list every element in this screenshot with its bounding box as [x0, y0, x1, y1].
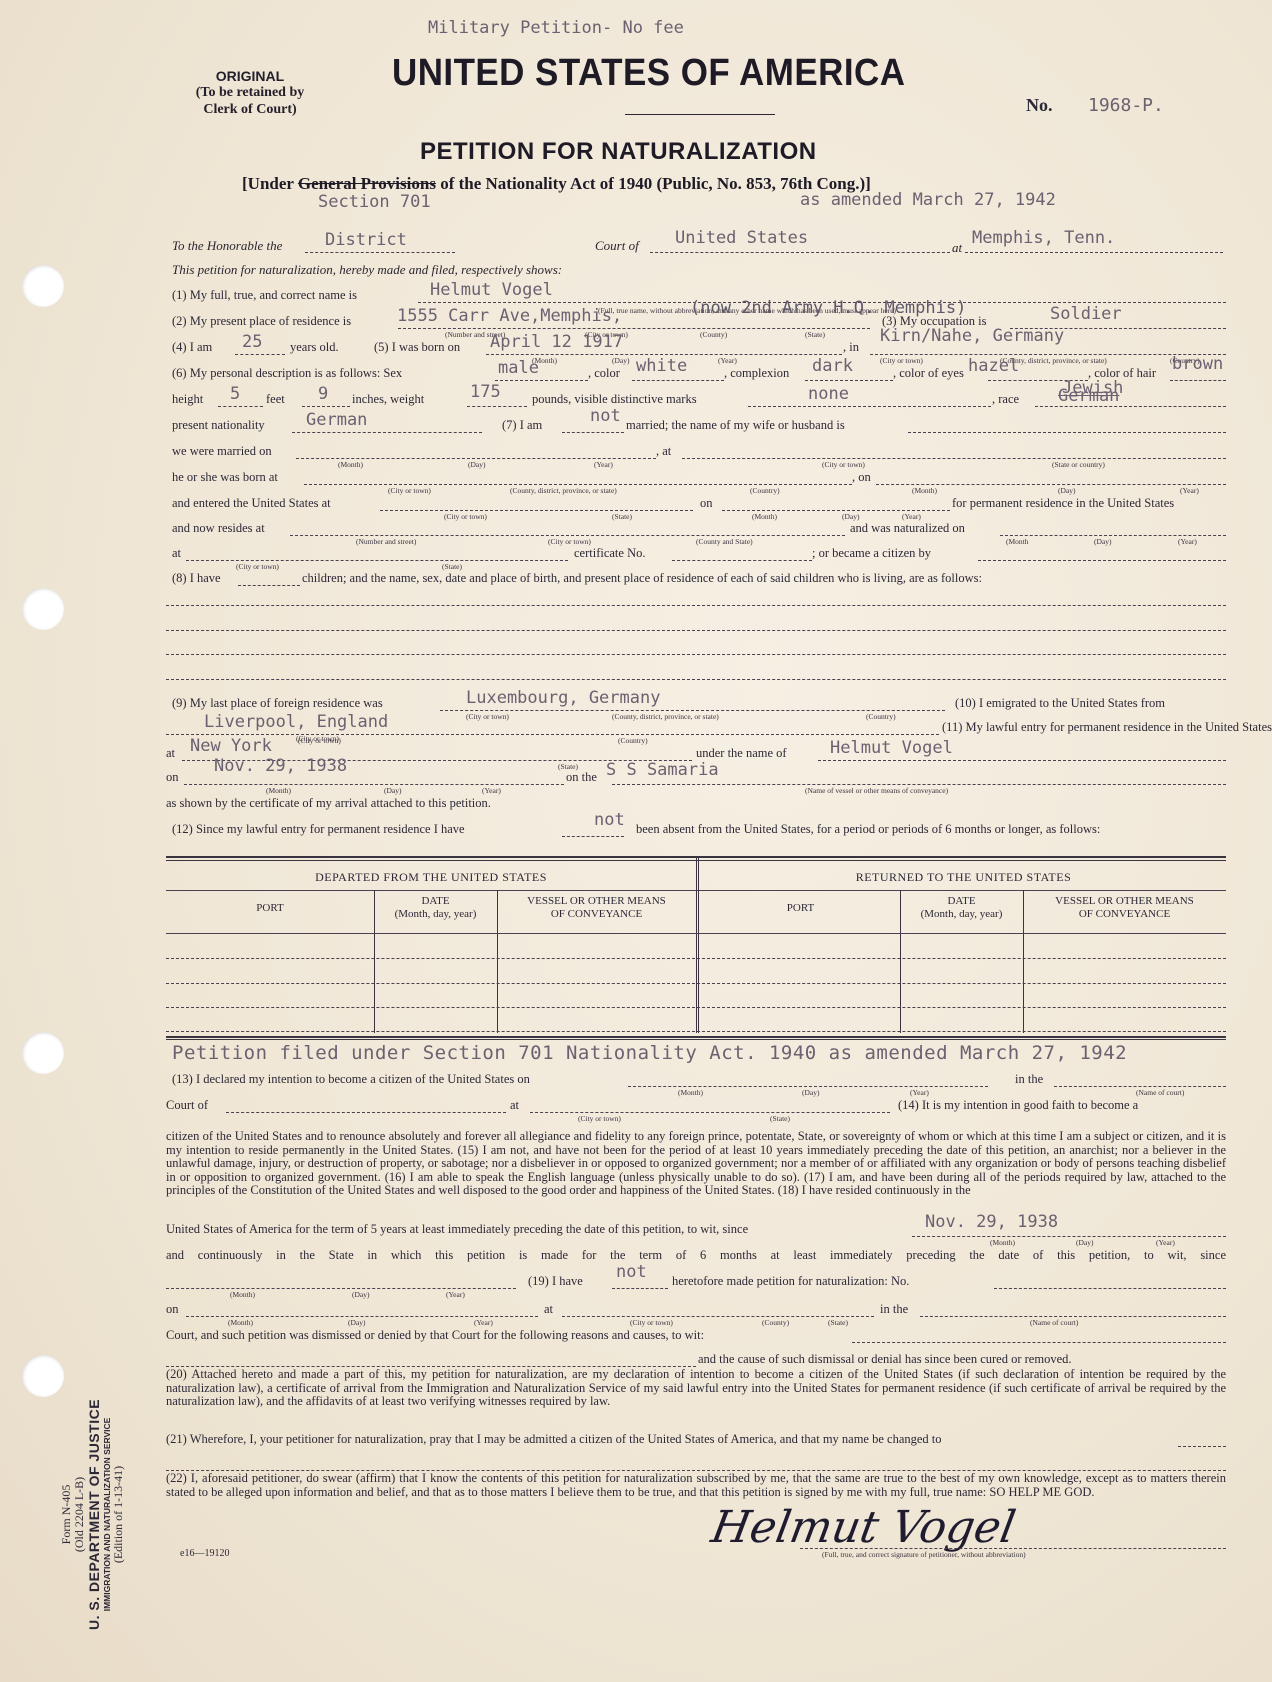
q20-paragraph: (20) Attached hereto and made a part of …	[166, 1368, 1226, 1412]
struck-provisions: General Provisions	[298, 174, 436, 193]
original-label: ORIGINAL	[170, 68, 330, 84]
birth-date-field[interactable]: April 12 1917	[490, 332, 623, 352]
dismissed-label: Court, and such petition was dismissed o…	[166, 1328, 704, 1343]
hint: (Number and street)	[356, 537, 416, 546]
hint: (Name of court)	[1136, 1088, 1184, 1097]
edition-label: (Edition of 1-13-41)	[112, 1399, 125, 1630]
hint: (County)	[700, 330, 727, 339]
entered-suffix: for permanent residence in the United St…	[952, 496, 1174, 511]
table-row[interactable]	[166, 1007, 1226, 1008]
petitioner-signature: Helmut Vogel	[708, 1502, 1020, 1553]
q8-label: (8) I have	[172, 571, 221, 586]
hint: (Month)	[912, 486, 937, 495]
hint: (Year)	[1178, 537, 1197, 546]
spouse-on-label: , on	[852, 470, 871, 485]
hint: (Country)	[618, 736, 648, 745]
hint: (City or town)	[466, 712, 509, 721]
honorable-label: To the Honorable the	[172, 238, 282, 254]
departed-title: DEPARTED FROM THE UNITED STATES	[166, 870, 696, 885]
hint: (Month	[1006, 537, 1029, 546]
col-date-returned: DATE (Month, day, year)	[900, 895, 1023, 921]
eyes-field[interactable]: hazel	[968, 356, 1019, 376]
court-of-label-2: Court of	[166, 1098, 208, 1113]
q6-label: (6) My personal description is as follow…	[172, 366, 402, 381]
department-name: U. S. DEPARTMENT OF JUSTICE	[86, 1399, 102, 1630]
hint: (County and State)	[696, 537, 753, 546]
hint: (Day)	[384, 786, 402, 795]
certificate-label: certificate No.	[574, 546, 645, 561]
hint: (City or town)	[630, 1318, 673, 1327]
q9-label: (9) My last place of foreign residence w…	[172, 696, 383, 711]
hint: (County, district, province, or state)	[612, 712, 719, 721]
hint: (State)	[805, 330, 825, 339]
naturalized-label: and was naturalized on	[850, 521, 965, 536]
entry-name-field[interactable]: Helmut Vogel	[830, 738, 953, 758]
form-identification: Form N-405 (Old 2204 L-B) U. S. DEPARTME…	[60, 1399, 125, 1630]
petition-intro: This petition for naturalization, hereby…	[172, 262, 562, 278]
hint: (City or town)	[388, 486, 431, 495]
q2-label: (2) My present place of residence is	[172, 314, 351, 329]
retained-line-2: Clerk of Court)	[170, 101, 330, 118]
hint: (State)	[612, 512, 632, 521]
in-label: , in	[843, 340, 859, 355]
q19-on-label: on	[166, 1302, 179, 1317]
q22-paragraph: (22) I, aforesaid petitioner, do swear (…	[166, 1472, 1226, 1516]
q12-label: (12) Since my lawful entry for permanent…	[172, 822, 465, 837]
complexion-label: , complexion	[724, 366, 789, 381]
married-field[interactable]: not	[590, 406, 621, 426]
hint: (City or town)	[548, 537, 591, 546]
married-at-label: , at	[656, 444, 671, 459]
entry-port-field[interactable]: New York	[190, 736, 272, 756]
hint: (Day)	[802, 1088, 820, 1097]
at-label: at	[172, 546, 181, 561]
cured-label: and the cause of such dismissal or denia…	[698, 1352, 1072, 1367]
hint: (Month)	[990, 1238, 1015, 1247]
petition-number: 1968-P.	[1088, 95, 1164, 116]
hint: (County)	[762, 1318, 789, 1327]
table-bottom-rule	[166, 1036, 1226, 1040]
table-row[interactable]	[166, 983, 1226, 984]
foreign-residence-field[interactable]: Luxembourg, Germany	[466, 688, 660, 708]
residence-field[interactable]: 1555 Carr Ave,Memphis,	[397, 306, 622, 326]
hint: (State)	[828, 1318, 848, 1327]
weight-field[interactable]: 175	[470, 382, 501, 402]
returned-title: RETURNED TO THE UNITED STATES	[701, 870, 1226, 885]
entry-at-label: at	[166, 746, 175, 761]
q13-label: (13) I declared my intention to become a…	[172, 1072, 530, 1087]
q7-label: (7) I am	[502, 418, 542, 433]
hint: (Year)	[474, 1318, 493, 1327]
vessel-field[interactable]: S S Samaria	[606, 760, 719, 780]
marks-label: pounds, visible distinctive marks	[532, 392, 697, 407]
header-rule	[625, 114, 775, 115]
hint: (Day)	[1076, 1238, 1094, 1247]
q19-suffix: heretofore made petition for naturalizat…	[672, 1274, 909, 1289]
original-block: ORIGINAL (To be retained by Clerk of Cou…	[170, 68, 330, 118]
entered-label: and entered the United States at	[172, 496, 331, 511]
race-label: , race	[992, 392, 1019, 407]
q11-label: (11) My lawful entry for permanent resid…	[942, 720, 1272, 735]
hint: (Year)	[1156, 1238, 1175, 1247]
hint: (Month)	[230, 1290, 255, 1299]
entered-on-label: on	[700, 496, 713, 511]
table-row[interactable]	[166, 958, 1226, 959]
in-the-label: in the	[1015, 1072, 1043, 1087]
court-type-field[interactable]: District	[325, 230, 407, 250]
hint: (Month)	[228, 1318, 253, 1327]
q21-label: (21) Wherefore, I, your petitioner for n…	[166, 1432, 942, 1447]
color-field[interactable]: white	[636, 356, 687, 376]
state-residence-label: and continuously in the State in which t…	[166, 1248, 1226, 1263]
hint: (Month)	[678, 1088, 703, 1097]
q19-in-the-label: in the	[880, 1302, 908, 1317]
color-label: , color	[588, 366, 620, 381]
q4-label: (4) I am	[172, 340, 212, 355]
hint: (Year)	[718, 356, 737, 365]
hint: (Year)	[1180, 486, 1199, 495]
retained-line-1: (To be retained by	[170, 84, 330, 101]
feet-label: feet	[266, 392, 285, 407]
hint: (Day)	[612, 356, 630, 365]
hint: (Year)	[482, 786, 501, 795]
under-name-label: under the name of	[696, 746, 787, 761]
resides-label: and now resides at	[172, 521, 265, 536]
prior-petition-field[interactable]: not	[616, 1262, 647, 1282]
residence-since-field[interactable]: Nov. 29, 1938	[925, 1212, 1058, 1232]
height-feet-field[interactable]: 5	[230, 384, 240, 404]
q5-label: (5) I was born on	[374, 340, 460, 355]
hint: (City or town)	[578, 1114, 621, 1123]
hint: (Day)	[352, 1290, 370, 1299]
hint: (Year)	[910, 1088, 929, 1097]
punch-hole	[22, 1032, 64, 1074]
citizen-by-label: ; or became a citizen by	[812, 546, 931, 561]
absent-field[interactable]: not	[594, 810, 625, 830]
allegiance-paragraph: citizen of the United States and to reno…	[166, 1130, 1226, 1212]
nationality-label: present nationality	[172, 418, 265, 433]
residence-since-label: United States of America for the term of…	[166, 1222, 748, 1237]
court-location-field[interactable]: Memphis, Tenn.	[972, 228, 1115, 248]
emigrated-from-field[interactable]: Liverpool, England	[204, 712, 388, 732]
children-label: children; and the name, sex, date and pl…	[302, 571, 982, 586]
document-page: Military Petition- No fee UNITED STATES …	[0, 0, 1272, 1682]
form-title: PETITION FOR NATURALIZATION	[420, 138, 817, 166]
q19-at-label: at	[544, 1302, 553, 1317]
sex-field[interactable]: male	[498, 358, 539, 378]
typed-filed-note: Petition filed under Section 701 Nationa…	[172, 1042, 1127, 1064]
hint: (Year)	[594, 460, 613, 469]
age-field[interactable]: 25	[242, 332, 262, 352]
years-old-label: years old.	[290, 340, 339, 355]
hint: (City or town)	[236, 562, 279, 571]
hint: (City or town)	[822, 460, 865, 469]
punch-hole	[22, 265, 64, 307]
hint: (Year)	[446, 1290, 465, 1299]
act-line: [Under General Provisions of the Nationa…	[242, 174, 871, 194]
spouse-born-label: he or she was born at	[172, 470, 278, 485]
typed-note: Military Petition- No fee	[428, 18, 684, 38]
race-field[interactable]: Jewish	[1062, 378, 1123, 398]
hint: (Month)	[752, 512, 777, 521]
q10-label: (10) I emigrated to the United States fr…	[955, 696, 1165, 711]
court-name-field[interactable]: United States	[675, 228, 808, 248]
married-on-label: we were married on	[172, 444, 272, 459]
hint: (Country)	[750, 486, 780, 495]
absence-table: DEPARTED FROM THE UNITED STATES RETURNED…	[166, 858, 1226, 1038]
complexion-field[interactable]: dark	[812, 356, 853, 376]
hint: (City or town)	[296, 734, 339, 743]
hint: (Day)	[1058, 486, 1076, 495]
q1-label: (1) My full, true, and correct name is	[172, 288, 357, 303]
full-name-field[interactable]: Helmut Vogel	[430, 280, 553, 300]
hint: (Month)	[338, 460, 363, 469]
col-port-returned: PORT	[701, 902, 900, 915]
old-form-number: (Old 2204 L-B)	[73, 1399, 86, 1630]
q14-label: (14) It is my intention in good faith to…	[898, 1098, 1138, 1113]
typed-section: Section 701	[318, 192, 431, 212]
signature-hint: (Full, true, and correct signature of pe…	[822, 1550, 1026, 1559]
typed-amended: as amended March 27, 1942	[800, 190, 1056, 210]
hint: (Year)	[902, 512, 921, 521]
hint: (County, district, province, or state)	[510, 486, 617, 495]
hint: (State or country)	[1052, 460, 1105, 469]
height-label: height	[172, 392, 203, 407]
q19-label: (19) I have	[528, 1274, 583, 1289]
punch-hole	[22, 1355, 64, 1397]
col-vessel-departed: VESSEL OR OTHER MEANS OF CONVEYANCE	[497, 895, 696, 921]
inches-label: inches, weight	[352, 392, 424, 407]
entry-date-field[interactable]: Nov. 29, 1938	[214, 756, 347, 776]
hint: (Day)	[842, 512, 860, 521]
hint: (Day)	[468, 460, 486, 469]
hint: (City or town)	[444, 512, 487, 521]
spouse-label: married; the name of my wife or husband …	[626, 418, 845, 433]
hint: (Month)	[266, 786, 291, 795]
table-row[interactable]	[166, 1031, 1226, 1032]
hint: (State)	[770, 1114, 790, 1123]
hint: (Name of vessel or other means of convey…	[805, 786, 948, 795]
hint: (City or town)	[880, 356, 923, 365]
birth-place-field[interactable]: Kirn/Nahe, Germany	[880, 326, 1064, 346]
col-port-departed: PORT	[166, 902, 374, 915]
height-inches-field[interactable]: 9	[318, 384, 328, 404]
on-the-label: on the	[566, 770, 597, 785]
court-at-label-2: at	[510, 1098, 519, 1113]
number-label: No.	[1026, 95, 1053, 116]
absent-suffix: been absent from the United States, for …	[636, 822, 1100, 837]
punch-hole	[22, 588, 64, 630]
hint: (Day)	[348, 1318, 366, 1327]
occupation-field[interactable]: Soldier	[1050, 304, 1122, 324]
hint: (State)	[442, 562, 462, 571]
hint: (Name of court)	[1030, 1318, 1078, 1327]
hair-field[interactable]: brown	[1172, 354, 1223, 374]
nationality-field[interactable]: German	[306, 410, 367, 430]
hint: (Country)	[866, 712, 896, 721]
entry-on-label: on	[166, 770, 179, 785]
hint: (Day)	[1094, 537, 1112, 546]
col-date-departed: DATE (Month, day, year)	[374, 895, 497, 921]
court-of-label: Court of	[595, 238, 639, 254]
country-title: UNITED STATES OF AMERICA	[392, 52, 905, 95]
col-vessel-returned: VESSEL OR OTHER MEANS OF CONVEYANCE	[1023, 895, 1226, 921]
court-at-label: at	[952, 240, 962, 256]
eyes-label: , color of eyes	[893, 366, 964, 381]
certificate-arrival-text: as shown by the certificate of my arriva…	[166, 796, 491, 811]
print-code: e16—19120	[180, 1548, 229, 1559]
marks-field[interactable]: none	[808, 384, 849, 404]
